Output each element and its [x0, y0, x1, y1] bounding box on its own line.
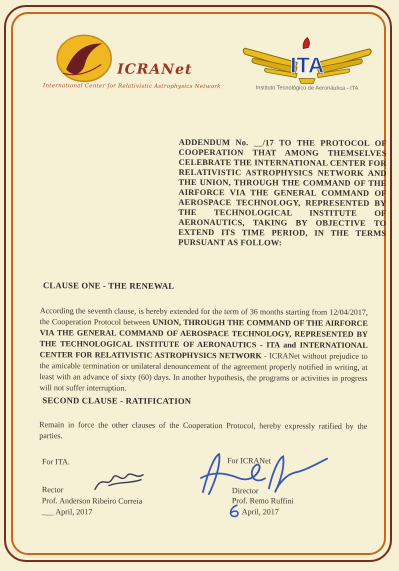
clause-one-body: According the seventh clause, is hereby … — [39, 305, 367, 395]
handwritten-day-icon — [227, 503, 243, 519]
ita-signer-role: Rector — [42, 485, 63, 494]
clause-one-heading: CLAUSE ONE - THE RENEWAL — [43, 280, 174, 291]
clause-two-body: Remain in force the other clauses of the… — [39, 419, 367, 443]
ita-wings-icon: ITA — [239, 36, 375, 85]
icranet-logo: ICRANet International Center for Relativ… — [43, 31, 193, 98]
icranet-emblem-icon — [55, 33, 113, 83]
ita-signer-name: Prof. Anderson Ribeiro Correia — [42, 496, 142, 506]
icranet-signer-role: Director — [232, 486, 259, 495]
icranet-wordmark: ICRANet — [117, 62, 192, 78]
ita-signature-date: ___ April, 2017 — [42, 507, 92, 516]
for-ita-label: For ITA. — [42, 457, 70, 466]
icranet-signature-date: April, 2017 — [242, 507, 279, 516]
icranet-tagline: International Center for Relativistic As… — [43, 83, 195, 90]
addendum-title: ADDENDUM No. __/17 TO THE PROTOCOL OF CO… — [178, 138, 387, 249]
clause-two-heading: SECOND CLAUSE - RATIFICATION — [42, 395, 191, 406]
ita-caption: Instituto Tecnológico de Aeronáutica - I… — [239, 85, 375, 92]
ita-rector-signature — [91, 469, 151, 495]
icranet-director-signature — [195, 448, 335, 501]
scanned-agreement-page: ICRANet International Center for Relativ… — [0, 0, 399, 571]
ita-logo: ITA Instituto Tecnológico de Aeronáutica… — [239, 36, 375, 99]
svg-text:ITA: ITA — [290, 52, 324, 77]
document-content: ICRANet International Center for Relativ… — [0, 0, 399, 571]
